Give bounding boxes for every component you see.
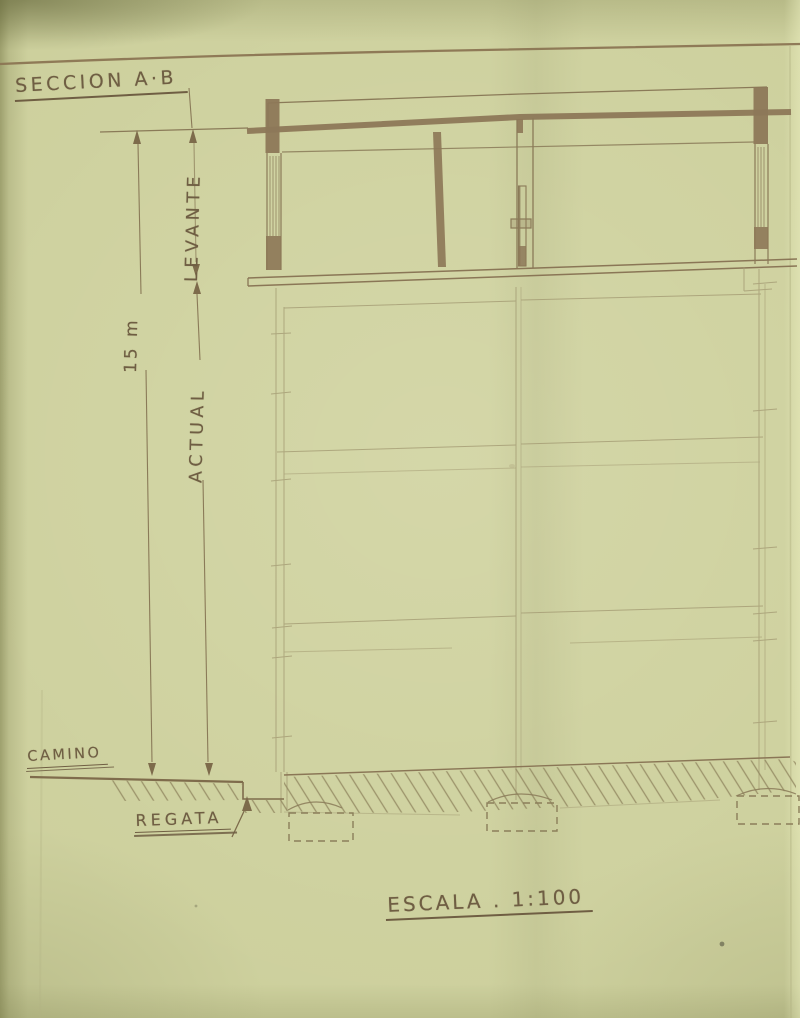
left-column [266, 99, 282, 270]
tie-line [282, 142, 754, 152]
center-post [511, 118, 533, 268]
regata-step [243, 782, 284, 799]
section-drawing [0, 0, 800, 1018]
dimension-line-15m [133, 130, 156, 776]
right-column [754, 87, 769, 264]
arrow-down-icon [205, 763, 213, 776]
middle-column [433, 132, 446, 267]
drawing-sheet: SECCION A·B 15 m LEVANTE ACTUAL CAMINO R… [0, 0, 800, 1018]
arrow-up-icon [133, 130, 141, 144]
regata-hatch [245, 800, 284, 813]
road-hatch [100, 780, 243, 801]
existing-wall [271, 267, 777, 813]
ground-hatch-band [284, 759, 796, 813]
regata-label: REGATA [134, 810, 230, 833]
dimension-label-15m: 15 m [123, 295, 142, 373]
bar-flange [511, 219, 531, 228]
roof-outline [268, 87, 767, 103]
actual-label: ACTUAL [188, 357, 209, 483]
top-dimension-line [100, 128, 248, 132]
arrow-down-icon [148, 763, 156, 776]
paper-fold-lines [40, 46, 791, 1018]
arrow-up-icon [193, 281, 201, 294]
sheet-border-line [0, 44, 800, 64]
